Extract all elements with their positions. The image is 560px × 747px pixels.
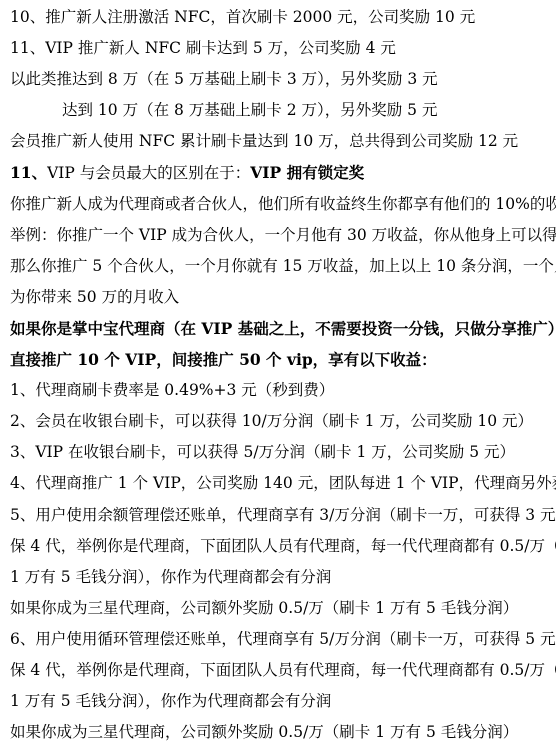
text-line: 保 4 代，举例你是代理商，下面团队人员有代理商，每一代代理商都有 0.5/万（… (10, 655, 556, 686)
text-line: 以此类推达到 8 万（在 5 万基础上刷卡 3 万），另外奖励 3 元 (10, 64, 556, 95)
text-line: 1 万有 5 毛钱分润），你作为代理商都会有分润 (10, 686, 556, 717)
emphasized-text: VIP 拥有锁定奖 (250, 163, 364, 182)
text-line-indented: 达到 10 万（在 8 万基础上刷卡 2 万），另外奖励 5 元 (10, 95, 556, 126)
text-line: 1、代理商刷卡费率是 0.49%+3 元（秒到费） (10, 375, 556, 406)
text-line: 6、用户使用循环管理偿还账单，代理商享有 5/万分润（刷卡一万，可获得 5 元） (10, 624, 556, 655)
document-page: 10、推广新人注册激活 NFC，首次刷卡 2000 元，公司奖励 10 元 11… (0, 0, 560, 747)
text-line: 10、推广新人注册激活 NFC，首次刷卡 2000 元，公司奖励 10 元 (10, 2, 556, 33)
text-line: 为你带来 50 万的月收入 (10, 282, 556, 313)
text-line: 2、会员在收银台刷卡，可以获得 10/万分润（刷卡 1 万，公司奖励 10 元） (10, 406, 556, 437)
text-line: 5、用户使用余额管理偿还账单，代理商享有 3/万分润（刷卡一万，可获得 3 元） (10, 500, 556, 531)
text-line: 那么你推广 5 个合伙人，一个月你就有 15 万收益，加上以上 10 条分润，一… (10, 251, 556, 282)
text-line: 如果你成为三星代理商，公司额外奖励 0.5/万（刷卡 1 万有 5 毛钱分润） (10, 593, 556, 624)
text-line: 保 4 代，举例你是代理商，下面团队人员有代理商，每一代代理商都有 0.5/万（… (10, 531, 556, 562)
text-line-mixed-weight: 11、VIP 与会员最大的区别在于：VIP 拥有锁定奖 (10, 157, 556, 188)
text-line: 举例：你推广一个 VIP 成为合伙人，一个月他有 30 万收益，你从他身上可以得… (10, 220, 556, 251)
text-line: 你推广新人成为代理商或者合伙人，他们所有收益终生你都享有他们的 10%的收入 (10, 189, 556, 220)
text-line: 11、VIP 推广新人 NFC 刷卡达到 5 万，公司奖励 4 元 (10, 33, 556, 64)
text-line: 4、代理商推广 1 个 VIP，公司奖励 140 元，团队每进 1 个 VIP，… (10, 468, 556, 499)
list-number: 11、 (10, 163, 47, 182)
text-line: 如果你成为三星代理商，公司额外奖励 0.5/万（刷卡 1 万有 5 毛钱分润） (10, 717, 556, 747)
text-line: 3、VIP 在收银台刷卡，可以获得 5/万分润（刷卡 1 万，公司奖励 5 元） (10, 437, 556, 468)
text-line: 1 万有 5 毛钱分润），你作为代理商都会有分润 (10, 562, 556, 593)
text-line-bold: 直接推广 10 个 VIP，间接推广 50 个 vip，享有以下收益： (10, 344, 556, 375)
text-line-bold: 如果你是掌中宝代理商（在 VIP 基础之上，不需要投资一分钱，只做分享推广），条… (10, 313, 556, 344)
text-segment: VIP 与会员最大的区别在于： (47, 164, 250, 182)
text-line: 会员推广新人使用 NFC 累计刷卡量达到 10 万，总共得到公司奖励 12 元 (10, 126, 556, 157)
